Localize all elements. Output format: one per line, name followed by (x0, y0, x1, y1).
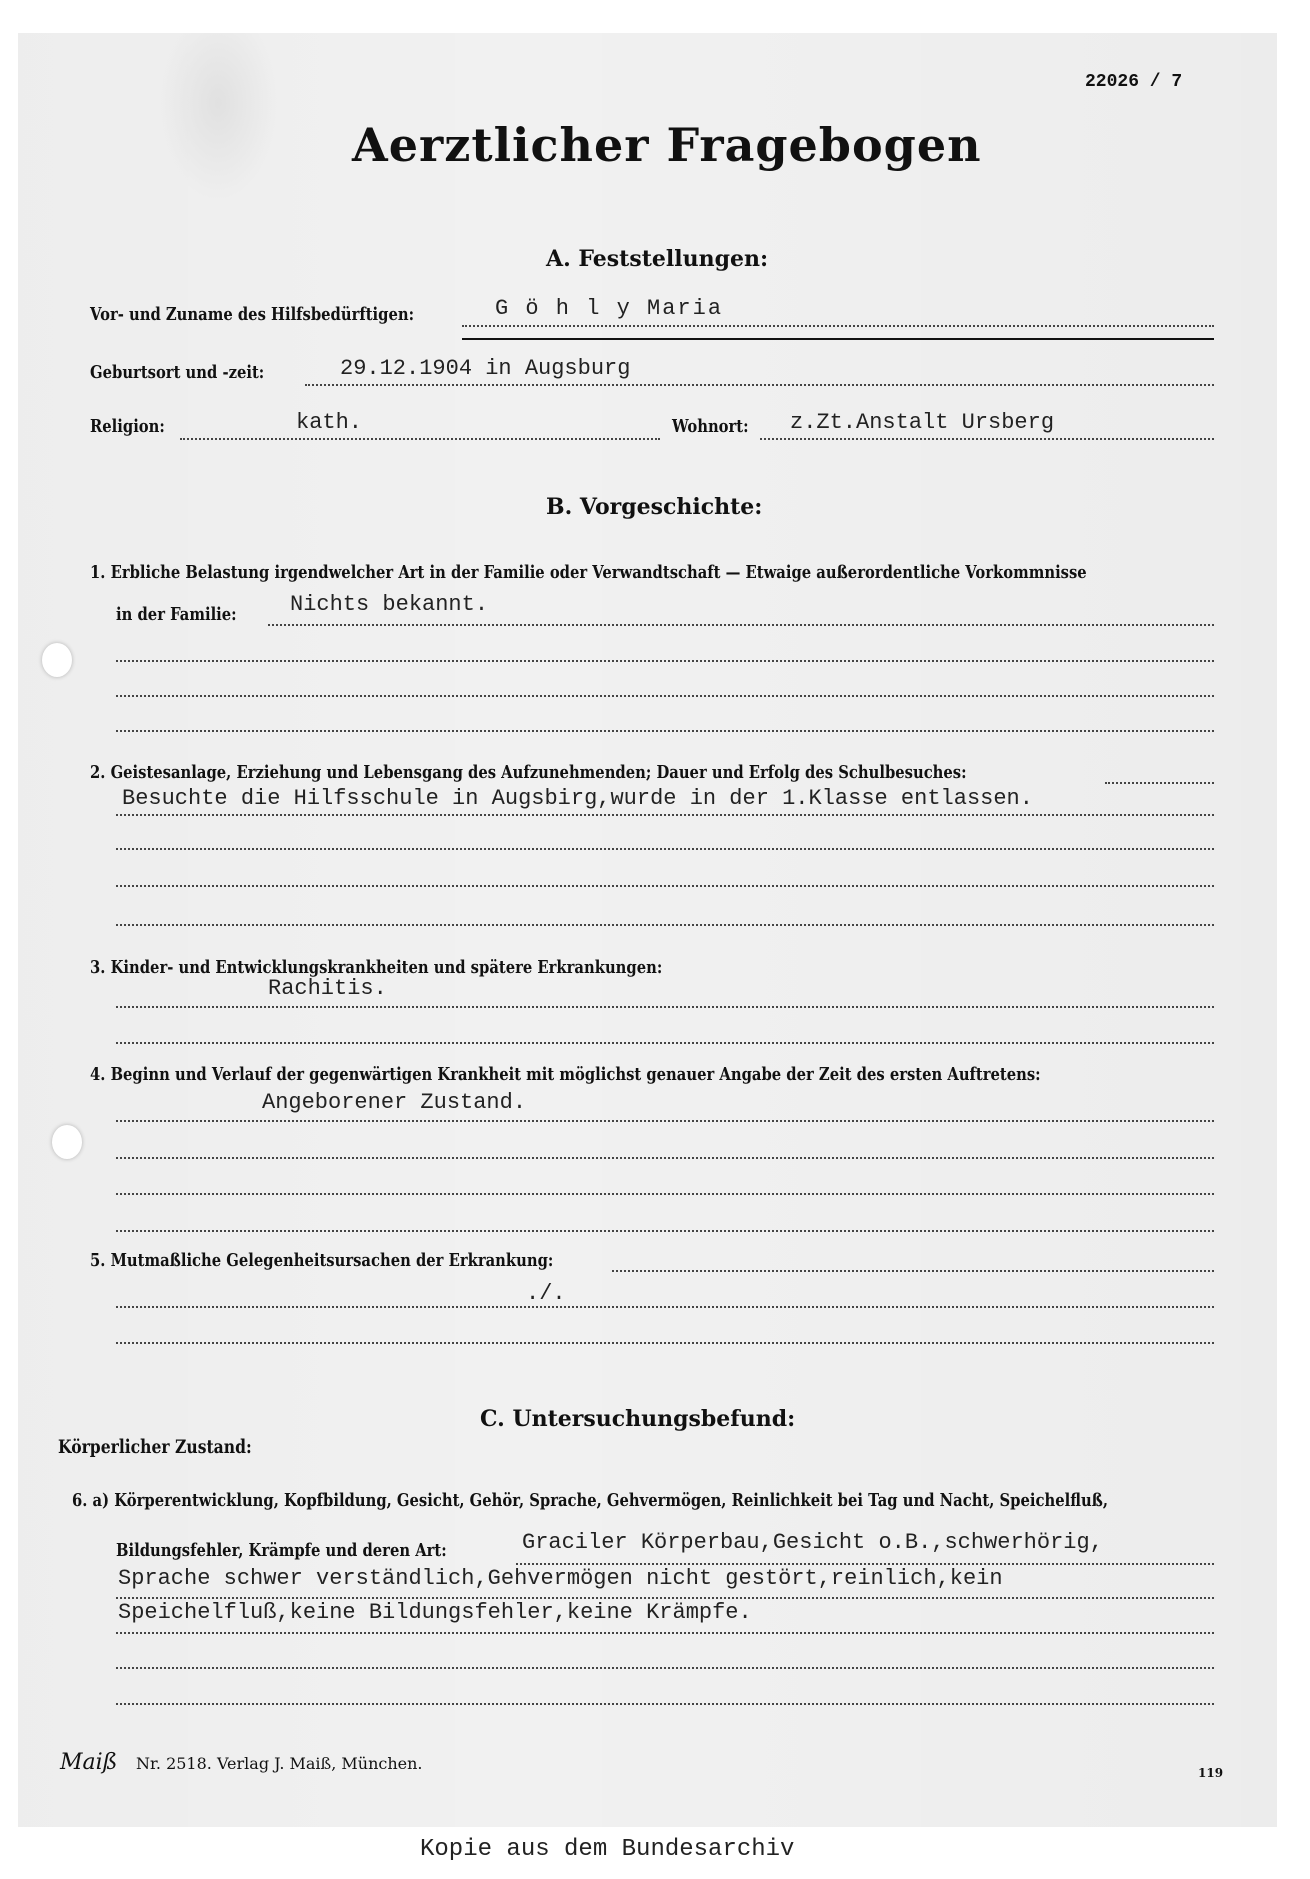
birth-value: 29.12.1904 in Augsburg (340, 356, 630, 381)
religion-field-line (180, 438, 660, 440)
question-6a-number: 6. a) (72, 1490, 109, 1511)
question-6a-answer-line-1: Graciler Körperbau,Gesicht o.B.,schwerhö… (522, 1530, 1103, 1555)
residence-value: z.Zt.Anstalt Ursberg (790, 410, 1054, 435)
question-2: 2. Geistesanlage, Erziehung und Lebensga… (90, 762, 967, 783)
punch-hole-lower (52, 1125, 82, 1159)
page-number: 119 (1198, 1766, 1223, 1780)
question-6a-answer-line-2: Sprache schwer verständlich,Gehvermögen … (118, 1566, 1003, 1591)
question-6a: 6. a) Körperentwicklung, Kopfbildung, Ge… (72, 1490, 1108, 1511)
section-c-heading: C. Untersuchungsbefund: (480, 1406, 795, 1432)
answer-line (116, 695, 1214, 697)
name-label: Vor- und Zuname des Hilfsbedürftigen: (90, 304, 414, 325)
answer-line (116, 1667, 1214, 1669)
birth-label: Geburtsort und -zeit: (90, 362, 264, 383)
question-1: 1. Erbliche Belastung irgendwelcher Art … (90, 562, 1087, 583)
answer-line (116, 1230, 1214, 1232)
answer-line (116, 848, 1214, 850)
question-2-answer: Besuchte die Hilfsschule in Augsbirg,wur… (122, 786, 1033, 811)
question-6a-answer-line-3: Speichelfluß,keine Bildungsfehler,keine … (118, 1600, 752, 1625)
publisher-mark: Maiß (60, 1750, 117, 1775)
answer-line (116, 1042, 1214, 1044)
question-6a-continuation: Bildungsfehler, Krämpfe und deren Art: (116, 1540, 447, 1561)
section-b-heading: B. Vorgeschichte: (546, 494, 762, 520)
question-4-number: 4. (90, 1064, 105, 1085)
residence-label: Wohnort: (672, 416, 749, 437)
religion-value: kath. (296, 410, 362, 435)
answer-line (116, 924, 1214, 926)
question-1-number: 1. (90, 562, 105, 583)
page-title: Aerztlicher Fragebogen (352, 118, 982, 172)
question-3-number: 3. (90, 957, 105, 978)
punch-hole-upper (42, 643, 72, 677)
answer-line (116, 1703, 1214, 1705)
answer-line (116, 1306, 1214, 1308)
question-4-text: Beginn und Verlauf der gegenwärtigen Kra… (111, 1064, 1041, 1085)
name-underline (462, 338, 1214, 340)
question-3: 3. Kinder- und Entwicklungskrankheiten u… (90, 957, 662, 978)
question-5-number: 5. (90, 1250, 105, 1271)
question-1-text: Erbliche Belastung irgendwelcher Art in … (111, 562, 1087, 583)
question-5-text: Mutmaßliche Gelegenheitsursachen der Erk… (111, 1250, 554, 1271)
question-2-text: Geistesanlage, Erziehung und Lebensgang … (111, 762, 967, 783)
serial-number: 22026 / 7 (1085, 72, 1182, 92)
question-1-answer: Nichts bekannt. (290, 592, 488, 617)
section-a-heading: A. Feststellungen: (546, 246, 768, 272)
name-value: G ö h l y Maria (495, 296, 723, 321)
question-4: 4. Beginn und Verlauf der gegenwärtigen … (90, 1064, 1041, 1085)
religion-label: Religion: (90, 416, 165, 437)
answer-line (116, 730, 1214, 732)
question-5-answer: ./. (526, 1281, 566, 1306)
answer-line (612, 1270, 1214, 1272)
section-c-subheading: Körperlicher Zustand: (58, 1436, 252, 1458)
answer-line (116, 814, 1214, 816)
answer-line (516, 1563, 1214, 1565)
answer-line (116, 1193, 1214, 1195)
answer-line (116, 1597, 1214, 1599)
answer-line (116, 660, 1214, 662)
archive-caption: Kopie aus dem Bundesarchiv (420, 1836, 794, 1863)
birth-field-line (305, 384, 1214, 386)
question-4-answer: Angeborener Zustand. (262, 1090, 526, 1115)
question-2-number: 2. (90, 762, 105, 783)
question-6a-text: Körperentwicklung, Kopfbildung, Gesicht,… (114, 1490, 1108, 1511)
answer-line (116, 1342, 1214, 1344)
answer-line (116, 1006, 1214, 1008)
answer-line (116, 885, 1214, 887)
question-5: 5. Mutmaßliche Gelegenheitsursachen der … (90, 1250, 553, 1271)
answer-line (268, 624, 1214, 626)
question-1-continuation: in der Familie: (116, 604, 237, 625)
answer-line (116, 1632, 1214, 1634)
publisher-text: Nr. 2518. Verlag J. Maiß, München. (136, 1754, 423, 1773)
name-field-line (462, 325, 1214, 327)
question-3-answer: Rachitis. (268, 976, 387, 1001)
question-3-text: Kinder- und Entwicklungskrankheiten und … (111, 957, 663, 978)
residence-field-line (760, 438, 1214, 440)
answer-line (116, 1120, 1214, 1122)
answer-line (1105, 782, 1214, 784)
answer-line (116, 1157, 1214, 1159)
